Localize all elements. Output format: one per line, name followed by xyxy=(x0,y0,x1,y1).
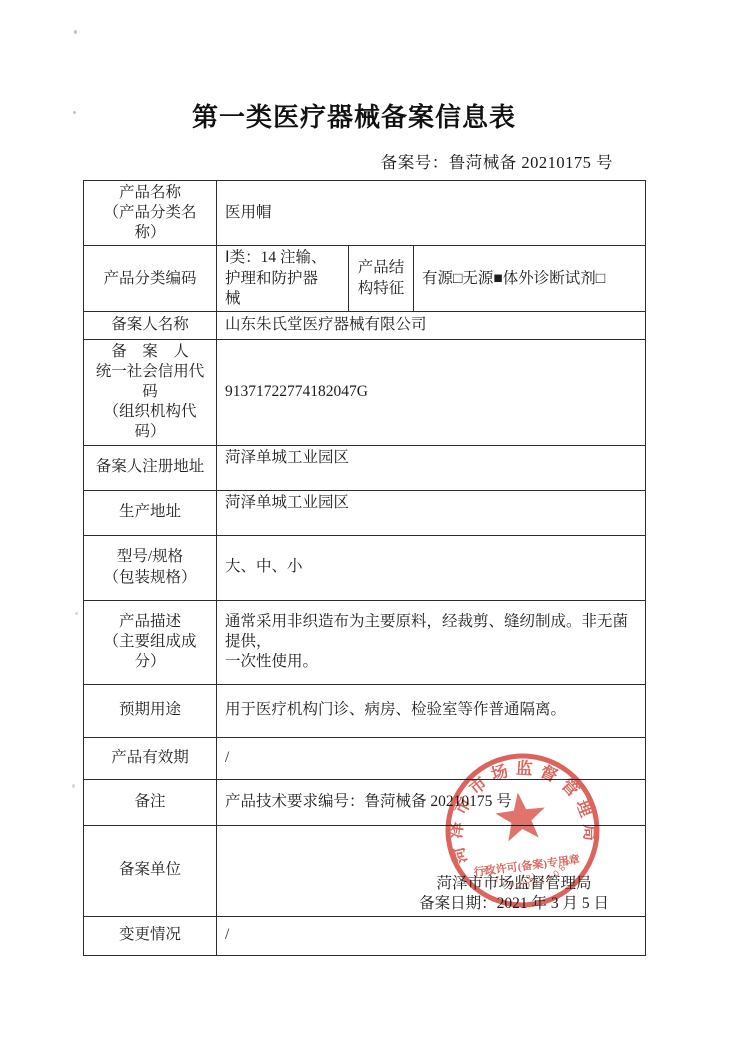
row-changes: 变更情况 / xyxy=(84,916,646,955)
filing-number: 备案号：鲁菏械备 20210175 号 xyxy=(381,149,613,173)
filing-unit-label: 备案单位 xyxy=(84,825,217,916)
credit-code-label: 备 案 人 统一社会信用代码 （组织机构代码） xyxy=(84,339,217,445)
filing-date: 备案日期：2021 年 3 月 5 日 xyxy=(419,894,609,914)
validity-label: 产品有效期 xyxy=(84,737,217,779)
product-name-value: 医用帽 xyxy=(217,181,646,246)
row-description: 产品描述 （主要组成成分） 通常采用非织造布为主要原料，经裁剪、缝纫制成。非无菌… xyxy=(84,600,646,684)
product-name-label: 产品名称 （产品分类名称） xyxy=(84,181,217,246)
row-model-spec: 型号/规格 （包装规格） 大、中、小 xyxy=(84,535,646,600)
description-label: 产品描述 （主要组成成分） xyxy=(84,600,217,684)
model-spec-label: 型号/规格 （包装规格） xyxy=(84,535,217,600)
scan-speck xyxy=(73,111,76,114)
remarks-label: 备注 xyxy=(84,779,217,825)
changes-value: / xyxy=(217,916,646,955)
row-class-code: 产品分类编码 Ⅰ类：14 注输、 护理和防护器 械 产品结构特征 有源□无源■体… xyxy=(84,246,646,311)
credit-code-value: 91371722774182047G xyxy=(217,339,646,445)
intended-use-label: 预期用途 xyxy=(84,684,217,737)
description-value: 通常采用非织造布为主要原料，经裁剪、缝纫制成。非无菌提供， 一次性使用。 xyxy=(217,600,646,684)
filer-name-label: 备案人名称 xyxy=(84,311,217,339)
registered-address-value: 菏泽单城工业园区 xyxy=(217,445,646,490)
row-production-address: 生产地址 菏泽单城工业园区 xyxy=(84,490,646,535)
row-credit-code: 备 案 人 统一社会信用代码 （组织机构代码） 9137172277418204… xyxy=(84,339,646,445)
scan-speck xyxy=(75,612,78,615)
class-code-value: Ⅰ类：14 注输、 护理和防护器 械 xyxy=(217,246,349,311)
document-title: 第一类医疗器械备案信息表 xyxy=(0,97,729,134)
production-address-label: 生产地址 xyxy=(84,490,217,535)
structure-feature-checkboxes: 有源□无源■体外诊断试剂□ xyxy=(414,246,646,311)
class-code-label: 产品分类编码 xyxy=(84,246,217,311)
scan-speck xyxy=(74,30,77,34)
filing-unit-name: 菏泽市市场监督管理局 xyxy=(419,874,609,894)
model-spec-value: 大、中、小 xyxy=(217,535,646,600)
structure-feature-label: 产品结构特征 xyxy=(349,246,414,311)
filing-unit-signature: 菏泽市市场监督管理局 备案日期：2021 年 3 月 5 日 xyxy=(419,874,609,914)
row-registered-address: 备案人注册地址 菏泽单城工业园区 xyxy=(84,445,646,490)
row-intended-use: 预期用途 用于医疗机构门诊、病房、检验室等作普通隔离。 xyxy=(84,684,646,737)
row-product-name: 产品名称 （产品分类名称） 医用帽 xyxy=(84,181,646,246)
changes-label: 变更情况 xyxy=(84,916,217,955)
production-address-value: 菏泽单城工业园区 xyxy=(217,490,646,535)
filer-name-value: 山东朱氏堂医疗器械有限公司 xyxy=(217,311,646,339)
scan-speck xyxy=(72,784,75,788)
registered-address-label: 备案人注册地址 xyxy=(84,445,217,490)
intended-use-value: 用于医疗机构门诊、病房、检验室等作普通隔离。 xyxy=(217,684,646,737)
row-filer-name: 备案人名称 山东朱氏堂医疗器械有限公司 xyxy=(84,311,646,339)
seal-star-icon xyxy=(493,790,548,843)
